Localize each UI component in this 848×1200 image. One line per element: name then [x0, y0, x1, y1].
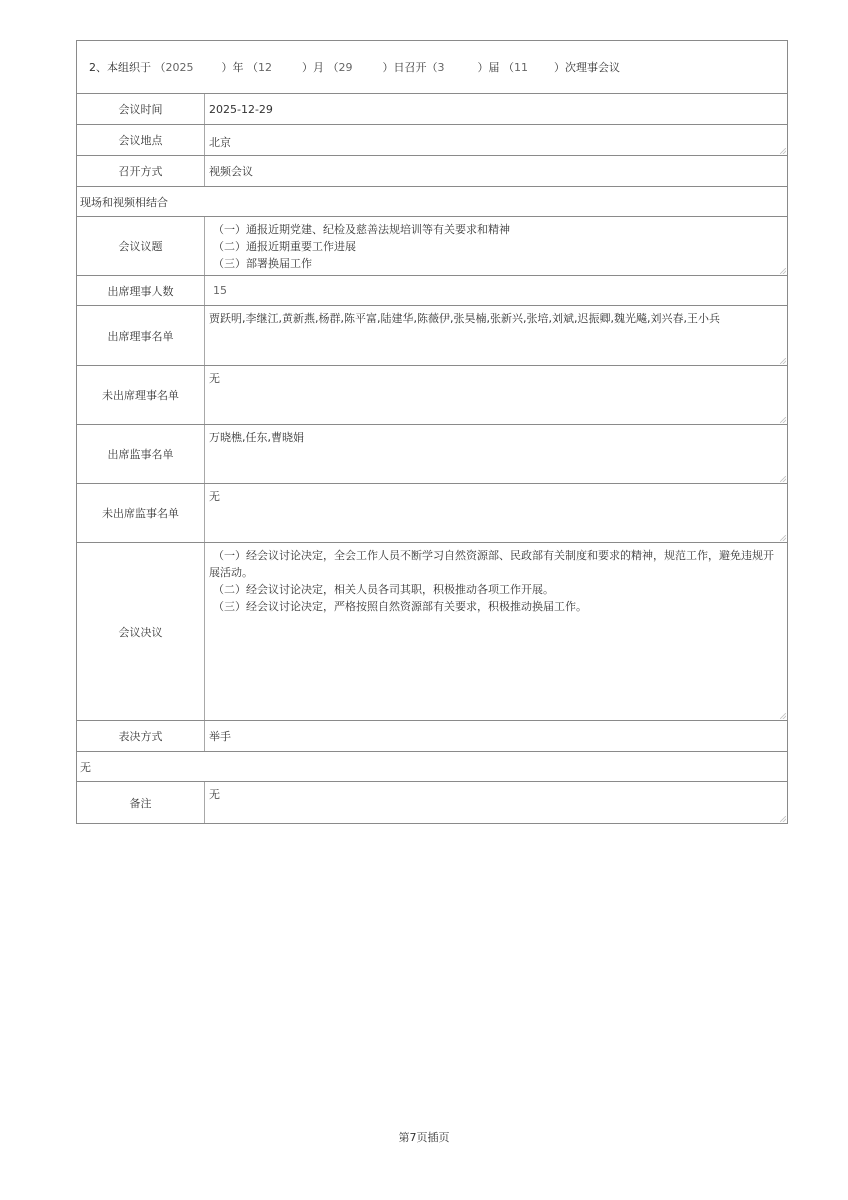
topic-item: （三）部署换届工作 — [213, 255, 783, 272]
year-field[interactable]: 2025 — [166, 61, 222, 74]
resize-handle-icon[interactable] — [780, 816, 786, 822]
resize-handle-icon[interactable] — [780, 358, 786, 364]
resize-handle-icon[interactable] — [780, 148, 786, 154]
meeting-number-field[interactable]: 11 — [514, 61, 554, 74]
supervisors-absent-value: 无 — [209, 490, 220, 503]
resolution-item: （三）经会议讨论决定，严格按照自然资源部有关要求，积极推动换届工作。 — [209, 598, 783, 615]
resize-handle-icon[interactable] — [780, 713, 786, 719]
resize-handle-icon[interactable] — [780, 417, 786, 423]
meeting-method-label: 召开方式 — [77, 156, 205, 186]
supervisors-present-value: 万晓樵,任东,曹晓娟 — [209, 431, 304, 444]
meeting-method-field[interactable]: 视频会议 — [205, 156, 787, 186]
remarks-value: 无 — [209, 788, 220, 801]
directors-count-value: 15 — [213, 282, 227, 299]
remarks-label: 备注 — [77, 782, 205, 823]
row-directors-count: 出席理事人数 15 — [77, 275, 787, 305]
meeting-header: 2、本组织于 （2025）年 （12）月 （29）日召开（3）届 （11）次理事… — [77, 41, 787, 93]
remarks-field[interactable]: 无 — [205, 782, 787, 823]
row-supervisors-present: 出席监事名单 万晓樵,任东,曹晓娟 — [77, 424, 787, 483]
meeting-location-label: 会议地点 — [77, 125, 205, 155]
session-field[interactable]: 3 — [438, 61, 478, 74]
meeting-time-label: 会议时间 — [77, 94, 205, 124]
row-vote-method: 表决方式 举手 — [77, 720, 787, 751]
page-number: 第7页插页 — [0, 1129, 848, 1145]
day-field[interactable]: 29 — [339, 61, 383, 74]
topic-item: （二）通报近期重要工作进展 — [213, 238, 783, 255]
row-remarks: 备注 无 — [77, 781, 787, 823]
row-vote-note: 无 — [77, 751, 787, 781]
directors-absent-field[interactable]: 无 — [205, 366, 787, 424]
resolution-item: （一）经会议讨论决定，全会工作人员不断学习自然资源部、民政部有关制度和要求的精神… — [209, 547, 783, 581]
directors-present-label: 出席理事名单 — [77, 306, 205, 365]
row-meeting-topics: 会议议题 （一）通报近期党建、纪检及慈善法规培训等有关要求和精神 （二）通报近期… — [77, 216, 787, 275]
meeting-record-table: 2、本组织于 （2025）年 （12）月 （29）日召开（3）届 （11）次理事… — [76, 40, 788, 824]
directors-absent-label: 未出席理事名单 — [77, 366, 205, 424]
row-meeting-location: 会议地点 北京 — [77, 124, 787, 155]
meeting-location-value: 北京 — [209, 136, 231, 149]
resolutions-label: 会议决议 — [77, 543, 205, 720]
vote-method-label: 表决方式 — [77, 721, 205, 751]
month-field[interactable]: 12 — [258, 61, 302, 74]
row-resolutions: 会议决议 （一）经会议讨论决定，全会工作人员不断学习自然资源部、民政部有关制度和… — [77, 542, 787, 720]
supervisors-present-label: 出席监事名单 — [77, 425, 205, 483]
resolutions-field[interactable]: （一）经会议讨论决定，全会工作人员不断学习自然资源部、民政部有关制度和要求的精神… — [205, 543, 787, 720]
row-method-note: 现场和视频相结合 — [77, 186, 787, 216]
meeting-topics-label: 会议议题 — [77, 217, 205, 275]
meeting-topics-field[interactable]: （一）通报近期党建、纪检及慈善法规培训等有关要求和精神 （二）通报近期重要工作进… — [205, 217, 787, 275]
header-prefix: 2、本组织于 — [89, 59, 151, 75]
vote-method-field[interactable]: 举手 — [205, 721, 787, 751]
vote-note-field[interactable]: 无 — [77, 752, 787, 781]
directors-present-value: 贾跃明,李继江,黄新燕,杨群,陈平富,陆建华,陈薇伊,张昊楠,张新兴,张培,刘斌… — [209, 312, 720, 325]
row-directors-absent: 未出席理事名单 无 — [77, 365, 787, 424]
resize-handle-icon[interactable] — [780, 476, 786, 482]
directors-present-field[interactable]: 贾跃明,李继江,黄新燕,杨群,陈平富,陆建华,陈薇伊,张昊楠,张新兴,张培,刘斌… — [205, 306, 787, 365]
row-meeting-method: 召开方式 视频会议 — [77, 155, 787, 186]
meeting-location-field[interactable]: 北京 — [205, 125, 787, 155]
resize-handle-icon[interactable] — [780, 268, 786, 274]
resize-handle-icon[interactable] — [780, 535, 786, 541]
supervisors-absent-label: 未出席监事名单 — [77, 484, 205, 542]
supervisors-present-field[interactable]: 万晓樵,任东,曹晓娟 — [205, 425, 787, 483]
topic-item: （一）通报近期党建、纪检及慈善法规培训等有关要求和精神 — [213, 221, 783, 238]
supervisors-absent-field[interactable]: 无 — [205, 484, 787, 542]
row-directors-present: 出席理事名单 贾跃明,李继江,黄新燕,杨群,陈平富,陆建华,陈薇伊,张昊楠,张新… — [77, 305, 787, 365]
meeting-time-field[interactable]: 2025-12-29 — [205, 94, 787, 124]
resolution-item: （二）经会议讨论决定，相关人员各司其职，积极推动各项工作开展。 — [209, 581, 783, 598]
method-note-field[interactable]: 现场和视频相结合 — [77, 187, 787, 216]
directors-absent-value: 无 — [209, 372, 220, 385]
directors-count-field[interactable]: 15 — [205, 276, 787, 305]
row-meeting-time: 会议时间 2025-12-29 — [77, 93, 787, 124]
row-supervisors-absent: 未出席监事名单 无 — [77, 483, 787, 542]
directors-count-label: 出席理事人数 — [77, 276, 205, 305]
